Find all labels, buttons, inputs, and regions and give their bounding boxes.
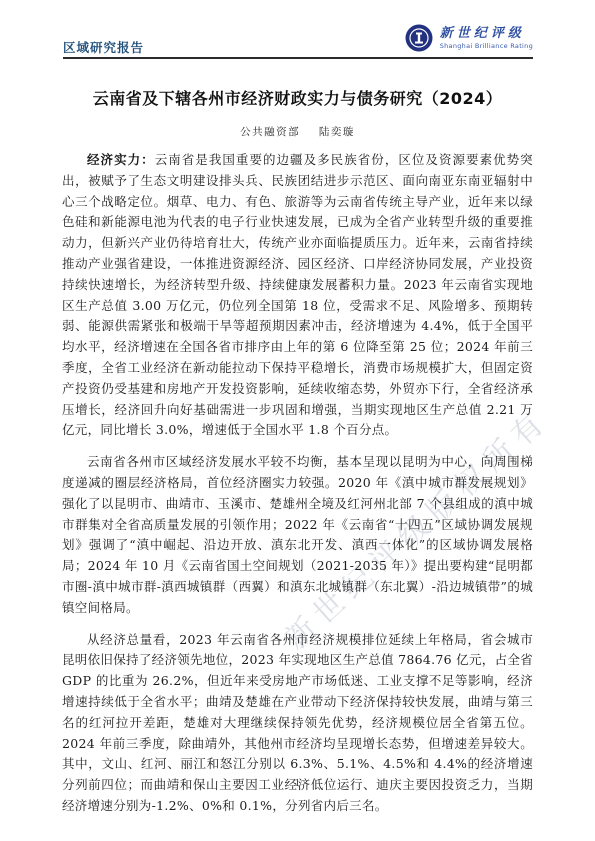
page-title: 云南省及下辖各州市经济财政实力与债务研究（2024）	[0, 86, 595, 109]
brand-text: 新世纪评级 Shanghai Brilliance Rating	[440, 26, 533, 50]
brand-name-cn: 新世纪评级	[440, 26, 525, 41]
report-page: 区域研究报告 新世纪评级 Shanghai Brilliance Rating …	[0, 0, 595, 841]
brand-logo: 新世纪评级 Shanghai Brilliance Rating	[405, 24, 533, 52]
report-type-label: 区域研究报告	[63, 38, 144, 56]
header-divider	[63, 57, 533, 59]
paragraph-lead: 经济实力：	[87, 152, 155, 167]
brand-logo-icon	[405, 24, 433, 52]
document-body: 经济实力：云南省是我国重要的边疆及多民族省份，区位及资源要素优势突出，被赋予了生…	[62, 150, 533, 828]
byline-department: 公共融资部	[240, 126, 300, 138]
paragraph-text: 云南省是我国重要的边疆及多民族省份，区位及资源要素优势突出，被赋予了生态文明建设…	[62, 152, 533, 437]
page-number: 1	[0, 778, 595, 789]
brand-name-en: Shanghai Brilliance Rating	[440, 42, 533, 50]
byline-author: 陆奕璇	[319, 126, 355, 138]
paragraph-text: 云南省各州市区域经济发展水平较不均衡，基本呈现以昆明为中心，向周围梯度递减的圈层…	[62, 454, 533, 615]
paragraph-regional-pattern: 云南省各州市区域经济发展水平较不均衡，基本呈现以昆明为中心，向周围梯度递减的圈层…	[62, 452, 533, 618]
paragraph-economic-strength: 经济实力：云南省是我国重要的边疆及多民族省份，区位及资源要素优势突出，被赋予了生…	[62, 150, 533, 441]
byline: 公共融资部 陆奕璇	[0, 124, 595, 139]
